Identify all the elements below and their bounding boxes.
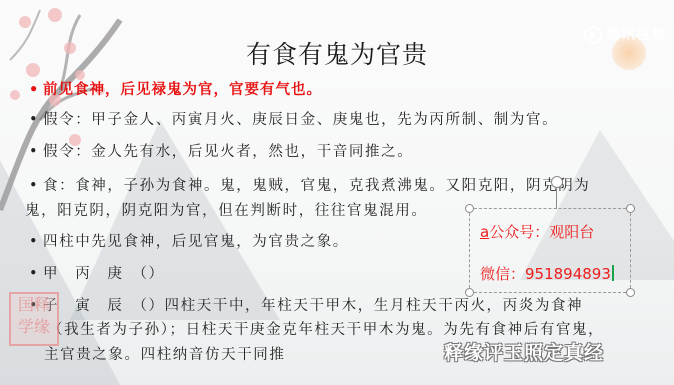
resize-handle-bottom-right[interactable] [626,288,635,297]
rotate-handle[interactable] [551,176,563,188]
seal-stamp: 国释学缘 [9,292,59,346]
bullet-line-continuation: 主官贵之象。四柱纳音仿天干同推 [44,343,286,364]
video-subtitle: 释缘评玉照定真经 [444,338,604,365]
bullet-line: •假令：金人先有水，后见火者，然也，干音同推之。 [29,140,413,161]
text-cursor [612,265,614,281]
slide: 腾讯视频 有食有鬼为官贵 •前见食神，后见禄鬼为官，官要有气也。 •假令：甲子金… [0,0,674,385]
bullet-line: •前见食神，后见禄鬼为官，官要有气也。 [29,78,322,99]
resize-handle-top-left[interactable] [465,204,474,213]
bullet-line: •假令：甲子金人、丙寅月火、庚辰日金、庚鬼也，先为丙所制、制为官。 [29,108,558,129]
textbox-line-wechat[interactable]: 微信：951894893 [480,263,614,284]
bullet-line: •四柱中先见食神，后见官鬼，为官贵之象。 [29,230,349,251]
rotate-handle-stem [556,187,557,209]
textbox-line-official-account[interactable]: a公众号：观阳台 [480,221,594,242]
bullet-line: •甲 丙 庚 （） [29,262,165,283]
bullet-line-continuation: （我生者为子孙）；日柱天干庚金克年柱天干甲木为鬼。为先有食神后有官鬼， [48,318,604,339]
resize-handle-bottom-left[interactable] [465,288,474,297]
resize-handle-top-right[interactable] [626,204,635,213]
bullet-line: •子 寅 辰 （）四柱天干中，年柱天干甲木，生月柱天干丙火，丙炎为食神 [29,294,583,315]
slide-title: 有食有鬼为官贵 [0,35,674,71]
bullet-line-continuation: 鬼，阳克阴，阴克阳为官，但在判断时，往往官鬼混用。 [25,199,428,220]
bullet-line: •食：食神，子孙为食神。鬼，鬼贼，官鬼，克我煮沸鬼。又阳克阳，阴克阴为 [29,174,590,195]
selected-textbox[interactable]: a公众号：观阳台 微信：951894893 [469,208,631,293]
